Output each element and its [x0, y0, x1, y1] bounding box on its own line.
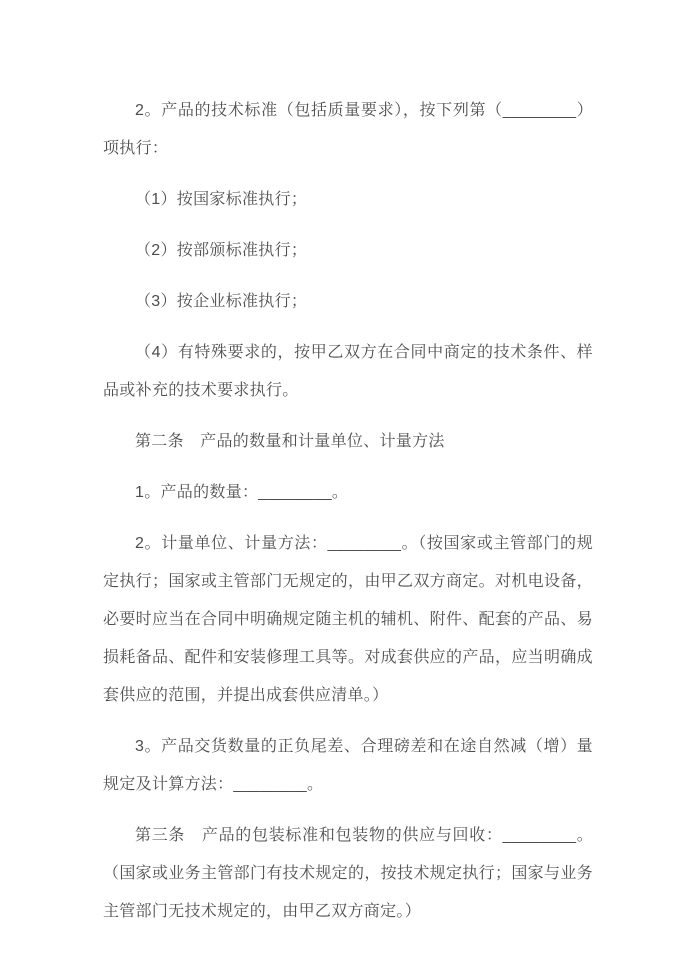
option-3-enterprise-standard: （3）按企业标准执行；: [103, 283, 593, 321]
item-1-product-quantity: 1。产品的数量：________。: [103, 474, 593, 512]
option-4-special-requirements: （4）有特殊要求的，按甲乙双方在合同中商定的技术条件、样品或补充的技术要求执行。: [103, 334, 593, 410]
option-1-national-standard: （1）按国家标准执行；: [103, 181, 593, 219]
contract-document-page: 2。产品的技术标准（包括质量要求），按下列第（________）项执行：（1）按…: [0, 0, 690, 976]
item-2-measurement-unit-method: 2。计量单位、计量方法：________。（按国家或主管部门的规定执行；国家或主…: [103, 525, 593, 715]
clause-2-technical-standards: 2。产品的技术标准（包括质量要求），按下列第（________）项执行：: [103, 92, 593, 168]
article-3-packaging-standard: 第三条 产品的包装标准和包装物的供应与回收：________。（国家或业务主管部…: [103, 817, 593, 931]
article-2-heading: 第二条 产品的数量和计量单位、计量方法: [103, 423, 593, 461]
item-3-delivery-quantity-tolerance: 3。产品交货数量的正负尾差、合理磅差和在途自然减（增）量规定及计算方法：____…: [103, 728, 593, 804]
option-2-ministry-standard: （2）按部颁标准执行；: [103, 232, 593, 270]
